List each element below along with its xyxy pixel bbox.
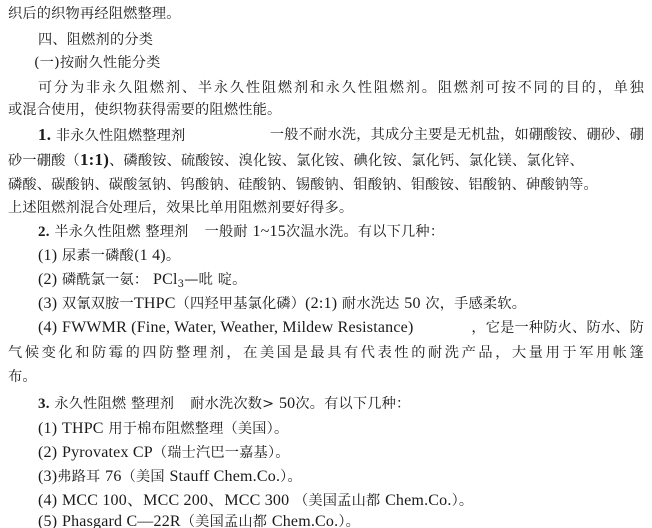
sub-num: (5): [38, 513, 57, 528]
intro-paragraph-line2: 或混合使用，使织物获得需要的阻燃性能。: [8, 100, 281, 120]
item1-line3: 磷酸、碳酸钠、碳酸氢钠、钨酸钠、硅酸钠、锡酸钠、钼酸钠、钼酸铵、铝酸钠、砷酸钠等…: [8, 175, 598, 195]
sub-text-end: —吡 啶。: [184, 272, 246, 288]
sub-text: 用于棉布阻燃整理（美国）。: [108, 421, 288, 437]
sub-latin: 1 4): [140, 247, 166, 264]
item3-title: 永久性阻燃 整理剂: [54, 396, 174, 412]
sub-text: （美国孟山都: [294, 493, 380, 509]
sub-text: 双氰双胺一: [62, 296, 134, 312]
document-page: 织后的织物再经阻燃整理。 四、阻燃剂的分类 (一)按耐久性能分类 可分为非永久阻…: [0, 0, 652, 528]
sub-num: (3): [38, 295, 57, 312]
sub-count: 50: [404, 295, 420, 312]
sub-num: (1): [38, 247, 57, 264]
sub-text-d: 次，手感柔软。: [425, 296, 526, 312]
sub-ratio: (2:1): [305, 295, 337, 312]
sub-latin: Pyrovatex CP: [62, 444, 153, 461]
sub-num: (3): [38, 468, 57, 485]
item2-sub1: (1) 尿素一磷酸(1 4)。: [38, 246, 180, 266]
sub-text-end: ）。: [338, 514, 360, 528]
sub-latin: MCC 100、MCC 200、MCC 300: [62, 492, 289, 509]
item2-sub4-line3: 布。: [8, 367, 37, 387]
sub-text-b: （四羟甲基氯化磷）: [176, 296, 306, 312]
item1-line2: 砂一硼酸（1:1)、磷酸铵、硫酸铵、溴化铵、氯化铵、碘化铵、氯化钙、氯化镁、氯化…: [8, 150, 584, 171]
sub-text-end: ）。: [452, 493, 474, 509]
item1-line2-a: 砂一硼酸（: [8, 153, 80, 169]
sub-latin2: Stauff Chem.Co.: [169, 468, 280, 485]
item2-desc-a: 一般耐: [205, 224, 248, 240]
sub-text: 尿素一磷酸(: [62, 248, 140, 264]
sub-latin2: Chem.Co.: [272, 513, 339, 528]
sub-text-end: ）。: [280, 469, 302, 485]
sub-latin: 76: [105, 468, 121, 485]
item2-heading-line: 2. 半永久性阻燃 整理剂一般耐 1~15次温水洗。有以下几种：: [38, 222, 444, 242]
item2-sub4-line2: 气候变化和防霉的四防整理剂，在美国是最具有代表性的耐洗产品，大量用于军用帐篷: [8, 343, 644, 363]
item3-wash-count: 50: [279, 395, 295, 412]
sub-latin: THPC: [134, 295, 176, 312]
item2-desc-b: 次温水洗。有以下几种：: [286, 224, 444, 240]
sub-num: (4): [38, 492, 57, 509]
item2-title: 半永久性阻燃 整理剂: [54, 224, 188, 240]
sub-text: （美国孟山都: [181, 514, 267, 528]
sub-latin: FWWMR (Fine, Water, Weather, Mildew Resi…: [62, 319, 414, 336]
item3-desc-b: 次。有以下几种：: [295, 396, 410, 412]
item1-title: 非永久性阻燃整理剂: [56, 128, 186, 144]
sub-num: (4): [38, 319, 57, 336]
sub-num: (2): [38, 444, 57, 461]
item1-line2-b: 、磷酸铵、硫酸铵、溴化铵、氯化铵、碘化铵、氯化钙、氯化镁、氯化锌、: [109, 153, 584, 169]
item2-wash-range: 1~15: [252, 223, 285, 240]
item3-sub4: (4) MCC 100、MCC 200、MCC 300 （美国孟山都 Chem.…: [38, 491, 473, 511]
item1-line4: 上述阻燃剂混合处理后，效果比单用阻燃剂要好得多。: [8, 198, 353, 218]
sub-text: ，它是一种防火、防水、防: [471, 318, 644, 338]
item3-sub1: (1) THPC 用于棉布阻燃整理（美国）。: [38, 419, 288, 439]
item3-number: 3.: [38, 396, 50, 412]
sub-text: （瑞士汽巴一嘉基）。: [153, 445, 290, 461]
sub-text-end: 。: [166, 248, 180, 264]
sub-latin: Phasgard C—22R: [62, 513, 181, 528]
sub-text: （美国: [122, 469, 165, 485]
subsection-heading: (一)按耐久性能分类: [34, 53, 161, 73]
sub-latin: PCl: [153, 271, 178, 288]
item3-sub2: (2) Pyrovatex CP（瑞士汽巴一嘉基）。: [38, 443, 290, 463]
item2-number: 2.: [38, 224, 50, 240]
item2-sub4-line1: (4) FWWMR (Fine, Water, Weather, Mildew …: [38, 318, 644, 338]
item3-heading-line: 3. 永久性阻燃 整理剂耐水洗次数> 50次。有以下几种：: [38, 394, 410, 414]
section-heading: 四、阻燃剂的分类: [38, 30, 153, 50]
intro-line: 织后的织物再经阻燃整理。: [8, 4, 181, 24]
item3-sub5: (5) Phasgard C—22R（美国孟山都 Chem.Co.）。: [38, 512, 360, 528]
sub-latin: THPC: [62, 420, 104, 437]
sub-text-c: 耐水洗达: [342, 296, 400, 312]
item2-sub2: (2) 磷酰氯一氨： PCl3—吡 啶。: [38, 270, 246, 295]
sub-latin2: Chem.Co.: [385, 492, 452, 509]
sub-num: (2): [38, 271, 57, 288]
sub-num: (1): [38, 420, 57, 437]
item1-ratio: 1:1): [80, 150, 109, 169]
sub-text: 磷酰氯一氨：: [62, 272, 148, 288]
item2-sub3: (3) 双氰双胺一THPC（四羟甲基氯化磷）(2:1) 耐水洗达 50 次，手感…: [38, 294, 526, 314]
item3-sub3: (3)弗路耳 76（美国 Stauff Chem.Co.）。: [38, 467, 302, 487]
item1-heading-line: 1. 非永久性阻燃整理剂 一般不耐水洗，其成分主要是无机盐，如硼酸铵、硼砂、硼: [38, 125, 644, 146]
item1-desc: 一般不耐水洗，其成分主要是无机盐，如硼酸铵、硼砂、硼: [270, 125, 644, 146]
item3-desc-a: 耐水洗次数>: [190, 396, 274, 412]
sub-text-a: 弗路耳: [57, 469, 100, 485]
intro-paragraph-line1: 可分为非永久阻燃剂、半永久性阻燃剂和永久性阻燃剂。阻燃剂可按不同的目的，单独: [38, 78, 644, 98]
item1-number: 1.: [38, 125, 51, 144]
